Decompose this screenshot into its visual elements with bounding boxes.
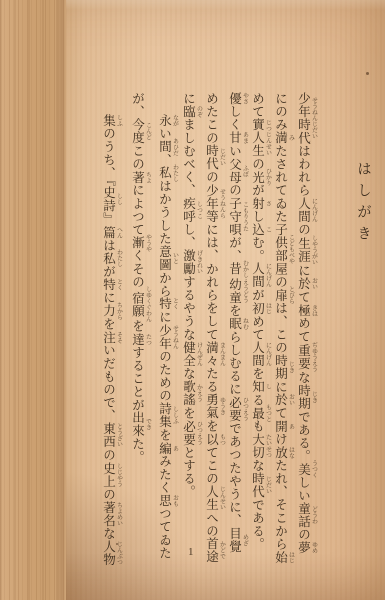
ruby-word: 著ちよ: [131, 171, 145, 184]
text-run: めて: [297, 317, 311, 343]
text-run: によつて: [131, 184, 145, 236]
text-run: が: [102, 265, 116, 278]
text-run: の: [228, 184, 242, 197]
ruby-word: 勇氣ゆうき: [205, 393, 219, 419]
ruby-word: 疾呼しつこ: [182, 197, 196, 223]
text-run: な: [251, 459, 265, 472]
text-run: には、かれらをして: [205, 223, 219, 341]
ruby-word: 集しふ: [102, 114, 116, 127]
ruby-word: 父母ふぼ: [228, 158, 242, 184]
text-run: である。: [297, 410, 311, 462]
text-column: に臨のぞましむべく、疾呼しつこし、激勵げきれいするやうな健全けんぜんな歌謠かえう…: [182, 92, 202, 498]
text-run: のための: [158, 350, 172, 402]
ruby-word: 光ひかり: [251, 171, 265, 184]
ruby-word: 達たつ: [131, 333, 145, 346]
text-column: が、今度こんどこの著ちよによつて漸やうやくその宿願しゆくぐわんを達たつすることが…: [131, 92, 151, 464]
text-run: が: [251, 184, 265, 197]
text-run: に: [182, 92, 196, 105]
text-column: 少年時代せうねんじだいはわれら人間にんげんの生涯しやうがいに於おいて極きはめて重…: [297, 92, 317, 554]
ruby-word: 時期じき: [274, 354, 288, 380]
text-run: しい: [297, 476, 311, 502]
text-column: めたこの時代じだいの少年等せうねんらには、かれらをして満々まんまんたる勇氣ゆうき…: [205, 92, 225, 564]
ruby-word: 編あ: [158, 442, 172, 455]
text-run: に: [274, 380, 288, 393]
ruby-word: 美うつく: [297, 463, 311, 476]
text-run: 』: [102, 213, 116, 226]
text-run: し、: [182, 223, 196, 249]
ruby-word: 力ちから: [102, 304, 116, 317]
text-run: である。: [251, 498, 265, 550]
ruby-word: 歌謠かえう: [182, 380, 196, 406]
text-run: たる: [205, 367, 219, 393]
text-run: を: [205, 420, 219, 433]
ruby-word: 人生じんせい: [205, 485, 219, 511]
text-run: たれ、そこから: [274, 459, 288, 551]
ruby-word: 史上しじやう: [102, 462, 116, 488]
text-run: ましむべく、: [182, 118, 196, 197]
ruby-word: 今度こんど: [131, 118, 145, 144]
text-run: て: [297, 290, 311, 303]
ruby-word: 目覺めざ: [228, 527, 242, 553]
ruby-word: 於おい: [297, 277, 311, 290]
text-run: の: [102, 448, 116, 461]
text-run: から: [158, 271, 172, 297]
text-run: い: [228, 144, 242, 157]
ruby-word: 人間にんげん: [297, 197, 311, 223]
ruby-word: 童話どうわ: [297, 502, 311, 528]
ruby-word: 満み: [274, 131, 288, 144]
ruby-word: 思おも: [158, 494, 172, 507]
ruby-word: 満々まんまん: [205, 341, 219, 367]
ruby-word: 首途かどで: [205, 537, 219, 563]
text-run: の: [102, 488, 116, 501]
text-run: することが: [131, 346, 145, 412]
text-run: てこの: [205, 446, 219, 485]
text-run: いだもので、: [102, 344, 116, 423]
text-run: な: [102, 527, 116, 540]
ruby-word: 優やさ: [228, 92, 242, 105]
ruby-word: 初はじ: [251, 302, 265, 315]
page-edge-stripes: [0, 0, 66, 600]
book-page-photo: はしがき 少年時代せうねんじだいはわれら人間にんげんの生涯しやうがいに於おいて極…: [0, 0, 385, 600]
ruby-word: 激勵げきれい: [182, 249, 196, 275]
ruby-word: 極きは: [297, 304, 311, 317]
text-run: を: [228, 304, 242, 317]
text-run: を: [182, 406, 196, 419]
ruby-word: 込こ: [251, 223, 265, 236]
ruby-word: 時代じだい: [205, 144, 219, 170]
ruby-word: 間あひだ: [158, 140, 172, 153]
ruby-word: 永なが: [158, 114, 172, 127]
ruby-word: 生涯しやうがい: [297, 236, 311, 264]
text-run: めて: [251, 92, 265, 118]
ruby-word: 健全けんぜん: [182, 341, 196, 367]
ruby-word: 實人生じつじんせい: [251, 118, 265, 157]
ruby-word: 夢ゆめ: [297, 541, 311, 554]
text-run: はわれら: [297, 144, 311, 196]
ruby-word: 少年等せうねんら: [205, 184, 219, 223]
ruby-word: 必要ひつえう: [182, 420, 196, 446]
ruby-word: 東西とうざい: [102, 422, 116, 448]
paper-speck: [366, 72, 369, 75]
text-column: 優やさしく甘あまい父母ふぼの子守唄こもりうたが、昔むかし幼童えうどうを眠ねむらし…: [228, 92, 248, 553]
text-run: を: [131, 320, 145, 333]
text-column: 永ながい間あひだ、私わたしはかうした意圖いとから特とくに少年せうねんのための詩集…: [158, 114, 178, 560]
ruby-word: 特とく: [158, 297, 172, 310]
ruby-word: 人間にんげん: [251, 262, 265, 288]
ruby-word: 史詩しし: [102, 186, 116, 212]
text-run: け: [274, 433, 288, 446]
text-run: にのみ: [274, 92, 288, 131]
text-run: な: [182, 367, 196, 380]
text-run: しく: [228, 105, 242, 131]
ruby-word: 幼童えうどう: [228, 278, 242, 304]
text-run: が、: [228, 236, 242, 262]
text-run: に: [297, 264, 311, 277]
ruby-word: 以もつ: [205, 433, 219, 446]
text-run: みたく: [158, 455, 172, 494]
ruby-word: 大切たいせつ: [251, 433, 265, 459]
text-run: とする。: [182, 446, 196, 498]
text-column: めて實人生じつじんせいの光ひかりが射さし込こむ。人間にんげんが初はじめて人間にん…: [251, 92, 271, 551]
text-run: の: [297, 528, 311, 541]
text-run: たされてゐた: [274, 144, 288, 223]
ruby-word: 時期じき: [297, 384, 311, 410]
ruby-word: 臨のぞ: [182, 105, 196, 118]
ruby-word: 扉とびら: [274, 289, 288, 302]
text-run: くその: [131, 249, 145, 288]
text-run: に: [158, 311, 172, 324]
ruby-word: 少年せうねん: [158, 324, 172, 350]
ruby-word: 必要ひつえう: [228, 396, 242, 422]
text-run: への: [205, 511, 219, 537]
text-run: めたこの: [205, 92, 219, 144]
text-column: 集しふのうち、『史詩しし』篇へんは私わたしが特とくに力ちからを注そそいだもので、…: [102, 114, 122, 566]
text-run: を: [102, 317, 116, 330]
ruby-word: 放はな: [274, 446, 288, 459]
ruby-word: 射さ: [251, 197, 265, 210]
text-run: が、: [131, 92, 145, 118]
ruby-word: 篇へん: [102, 226, 116, 239]
text-run: が: [251, 289, 265, 302]
ruby-word: 開あ: [274, 420, 288, 433]
ruby-word: 最もつと: [251, 407, 265, 420]
ruby-word: 著名ちよめい: [102, 501, 116, 527]
text-run: て: [274, 406, 288, 419]
paper-speck: [116, 543, 118, 545]
ruby-word: 漸やうや: [131, 236, 145, 249]
text-run: む。: [251, 236, 265, 262]
ruby-word: 眠ねむ: [228, 317, 242, 330]
text-run: つてゐた: [158, 507, 172, 559]
text-run: た。: [131, 438, 145, 464]
text-run: を: [251, 367, 265, 380]
text-run: めて: [251, 315, 265, 341]
ruby-word: 特とく: [102, 278, 116, 291]
ruby-word: 知し: [251, 380, 265, 393]
ruby-word: 私わたし: [158, 166, 172, 179]
text-run: な: [297, 371, 311, 384]
ruby-word: 宿願しゆくぐわん: [131, 289, 145, 320]
ruby-word: 時代じだい: [251, 472, 265, 498]
ruby-word: 注そそ: [102, 331, 116, 344]
text-run: し: [251, 210, 265, 223]
ruby-word: 意圖いと: [158, 245, 172, 271]
ruby-word: 少年時代せうねんじだい: [297, 92, 311, 144]
ruby-word: 私わたし: [102, 252, 116, 265]
text-run: も: [251, 420, 265, 433]
page-title: はしがき: [353, 161, 374, 247]
ruby-word: 出來でき: [131, 411, 145, 437]
text-run: の: [205, 171, 219, 184]
page-number: 1: [188, 546, 194, 558]
text-run: するやうな: [182, 275, 196, 341]
ruby-word: 人間にんげん: [251, 341, 265, 367]
text-run: はかうした: [158, 180, 172, 246]
ruby-word: 昔むかし: [228, 262, 242, 278]
ruby-word: 詩集ししふ: [158, 402, 172, 428]
text-run: らしむるに: [228, 330, 242, 396]
ruby-word: 子守唄こもりうた: [228, 197, 242, 236]
text-run: を: [158, 428, 172, 441]
text-run: であつたやうに、: [228, 422, 242, 527]
ruby-word: 於おい: [274, 393, 288, 406]
ruby-word: 重要ぢゆうえう: [297, 343, 311, 371]
ruby-word: 始はじ: [274, 551, 288, 564]
ruby-word: 人物じんぶつ: [102, 540, 116, 566]
text-run: は、この: [274, 302, 288, 354]
ruby-word: 子供部屋こどもべや: [274, 223, 288, 275]
text-run: この: [131, 144, 145, 170]
text-run: のうち、『: [102, 127, 116, 186]
ruby-word: 甘あま: [228, 131, 242, 144]
text-column: にのみ満みたされてゐた子供部屋こどもべやの扉とびらは、この時期じきに於おいて開あ…: [274, 92, 294, 564]
